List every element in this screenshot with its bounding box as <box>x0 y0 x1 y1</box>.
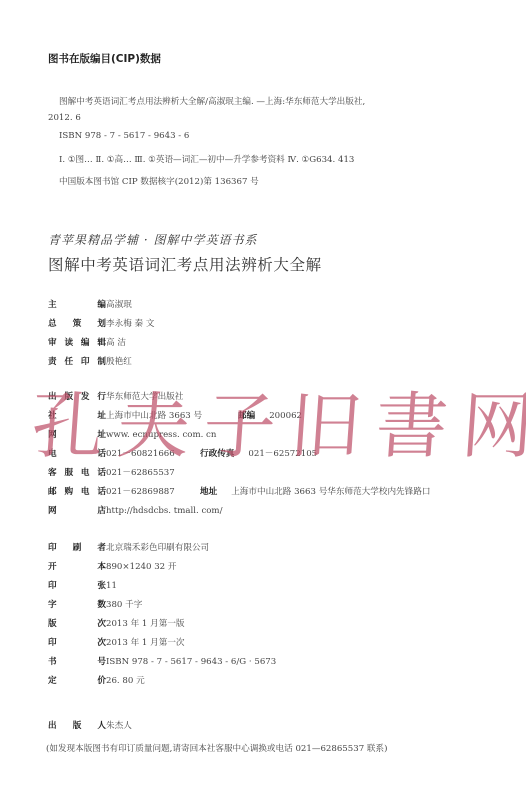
printing-label: 版次 <box>48 617 106 629</box>
publisher-row-mail-order: 邮购电话 021－62869887 地址 上海市中山北路 3663 号华东师范大… <box>48 485 430 497</box>
mail-address-value: 上海市中山北路 3663 号华东师范大学校内先锋路口 <box>231 485 430 497</box>
publisher-label: 邮购电话 <box>48 485 106 497</box>
publisher-value: 上海市中山北路 3663 号 <box>106 409 238 421</box>
printing-row: 定价 26. 80 元 <box>48 674 145 686</box>
publisher-row-service-phone: 客服电话 021－62865537 <box>48 466 175 478</box>
printing-value: 2013 年 1 月第一次 <box>106 636 185 648</box>
publisher-person-label: 出版人 <box>48 719 106 731</box>
credit-label: 责任印制 <box>48 355 106 367</box>
printing-label: 书号 <box>48 655 106 667</box>
cip-heading: 图书在版编目(CIP)数据 <box>48 51 161 66</box>
credit-label: 审读编辑 <box>48 336 106 348</box>
book-title: 图解中考英语词汇考点用法辨析大全解 <box>48 253 322 275</box>
credit-row-reviewer: 审读编辑 高 洁 <box>48 336 126 348</box>
printing-value: 380 千字 <box>106 598 142 610</box>
printing-row: 开本 890×1240 32 开 <box>48 560 176 572</box>
publisher-row-name: 出版发行 华东师范大学出版社 <box>48 390 183 402</box>
credit-value: 高 洁 <box>106 336 126 348</box>
cip-record-number: 中国版本图书馆 CIP 数据核字(2012)第 136367 号 <box>59 175 259 187</box>
book-series: 青苹果精品学辅 · 图解中学英语书系 <box>48 231 257 248</box>
publisher-label: 网店 <box>48 504 106 516</box>
publisher-value: 021－60821666 <box>106 447 200 459</box>
printing-label: 定价 <box>48 674 106 686</box>
printing-row: 印刷者 北京瑞禾彩色印刷有限公司 <box>48 541 209 553</box>
publisher-row-phone: 电话 021－60821666 行政传真 021－62572105 <box>48 447 317 459</box>
online-store-link[interactable]: http://hdsdcbs. tmall. com/ <box>106 506 222 516</box>
credit-value: 李永梅 秦 文 <box>106 317 154 329</box>
credit-label: 总策划 <box>48 317 106 329</box>
publisher-row-online-store: 网店 http://hdsdcbs. tmall. com/ <box>48 504 222 516</box>
publisher-label: 电话 <box>48 447 106 459</box>
printing-label: 印张 <box>48 579 106 591</box>
publisher-person-value: 朱杰人 <box>106 719 132 731</box>
mail-address-label: 地址 <box>200 485 217 497</box>
printing-row: 字数 380 千字 <box>48 598 142 610</box>
printing-value: 11 <box>106 581 117 591</box>
printing-row: 书号 ISBN 978 - 7 - 5617 - 9643 - 6/G · 56… <box>48 655 276 667</box>
credit-value: 殷艳红 <box>106 355 132 367</box>
quality-notice: (如发现本版图书有印订质量问题,请寄回本社客服中心调换或电话 021—62865… <box>46 742 387 754</box>
cip-catalog-date: 2012. 6 <box>48 113 81 123</box>
printing-row: 印张 11 <box>48 579 117 591</box>
credit-value: 高淑珉 <box>106 298 132 310</box>
publisher-row-website: 网址 www. ecnupress. com. cn <box>48 428 216 440</box>
cip-classification: Ⅰ. ①图… Ⅱ. ①高… Ⅲ. ①英语—词汇—初中—升学参考资料 Ⅳ. ①G6… <box>59 153 354 165</box>
printing-row: 版次 2013 年 1 月第一版 <box>48 617 185 629</box>
postal-code-label: 邮编 <box>238 409 255 421</box>
publisher-label: 网址 <box>48 428 106 440</box>
printing-value: 2013 年 1 月第一版 <box>106 617 185 629</box>
printing-label: 印刷者 <box>48 541 106 553</box>
publisher-label: 客服电话 <box>48 466 106 478</box>
admin-fax-label: 行政传真 <box>200 447 234 459</box>
cip-isbn: ISBN 978 - 7 - 5617 - 9643 - 6 <box>59 131 189 141</box>
credit-label: 主编 <box>48 298 106 310</box>
printing-label: 印次 <box>48 636 106 648</box>
printing-value: 26. 80 元 <box>106 674 145 686</box>
publisher-value: 华东师范大学出版社 <box>106 390 183 402</box>
admin-fax-value: 021－62572105 <box>248 447 317 459</box>
printing-value: 北京瑞禾彩色印刷有限公司 <box>106 541 209 553</box>
website-link[interactable]: www. ecnupress. com. cn <box>106 430 216 440</box>
credit-row-print-manager: 责任印制 殷艳红 <box>48 355 132 367</box>
publisher-label: 社址 <box>48 409 106 421</box>
printing-label: 开本 <box>48 560 106 572</box>
credit-row-planner: 总策划 李永梅 秦 文 <box>48 317 154 329</box>
printing-row: 印次 2013 年 1 月第一次 <box>48 636 185 648</box>
publisher-label: 出版发行 <box>48 390 106 402</box>
publisher-value: 021－62869887 <box>106 485 200 497</box>
publisher-person-row: 出版人 朱杰人 <box>48 719 132 731</box>
publisher-value: 021－62865537 <box>106 466 175 478</box>
printing-label: 字数 <box>48 598 106 610</box>
printing-value: ISBN 978 - 7 - 5617 - 9643 - 6/G · 5673 <box>106 657 276 667</box>
cip-catalog-line: 图解中考英语词汇考点用法辨析大全解/高淑珉主编. —上海:华东师范大学出版社, <box>59 95 365 107</box>
printing-value: 890×1240 32 开 <box>106 560 176 572</box>
postal-code-value: 200062 <box>269 411 302 421</box>
publisher-row-address: 社址 上海市中山北路 3663 号 邮编 200062 <box>48 409 302 421</box>
credit-row-editor: 主编 高淑珉 <box>48 298 132 310</box>
